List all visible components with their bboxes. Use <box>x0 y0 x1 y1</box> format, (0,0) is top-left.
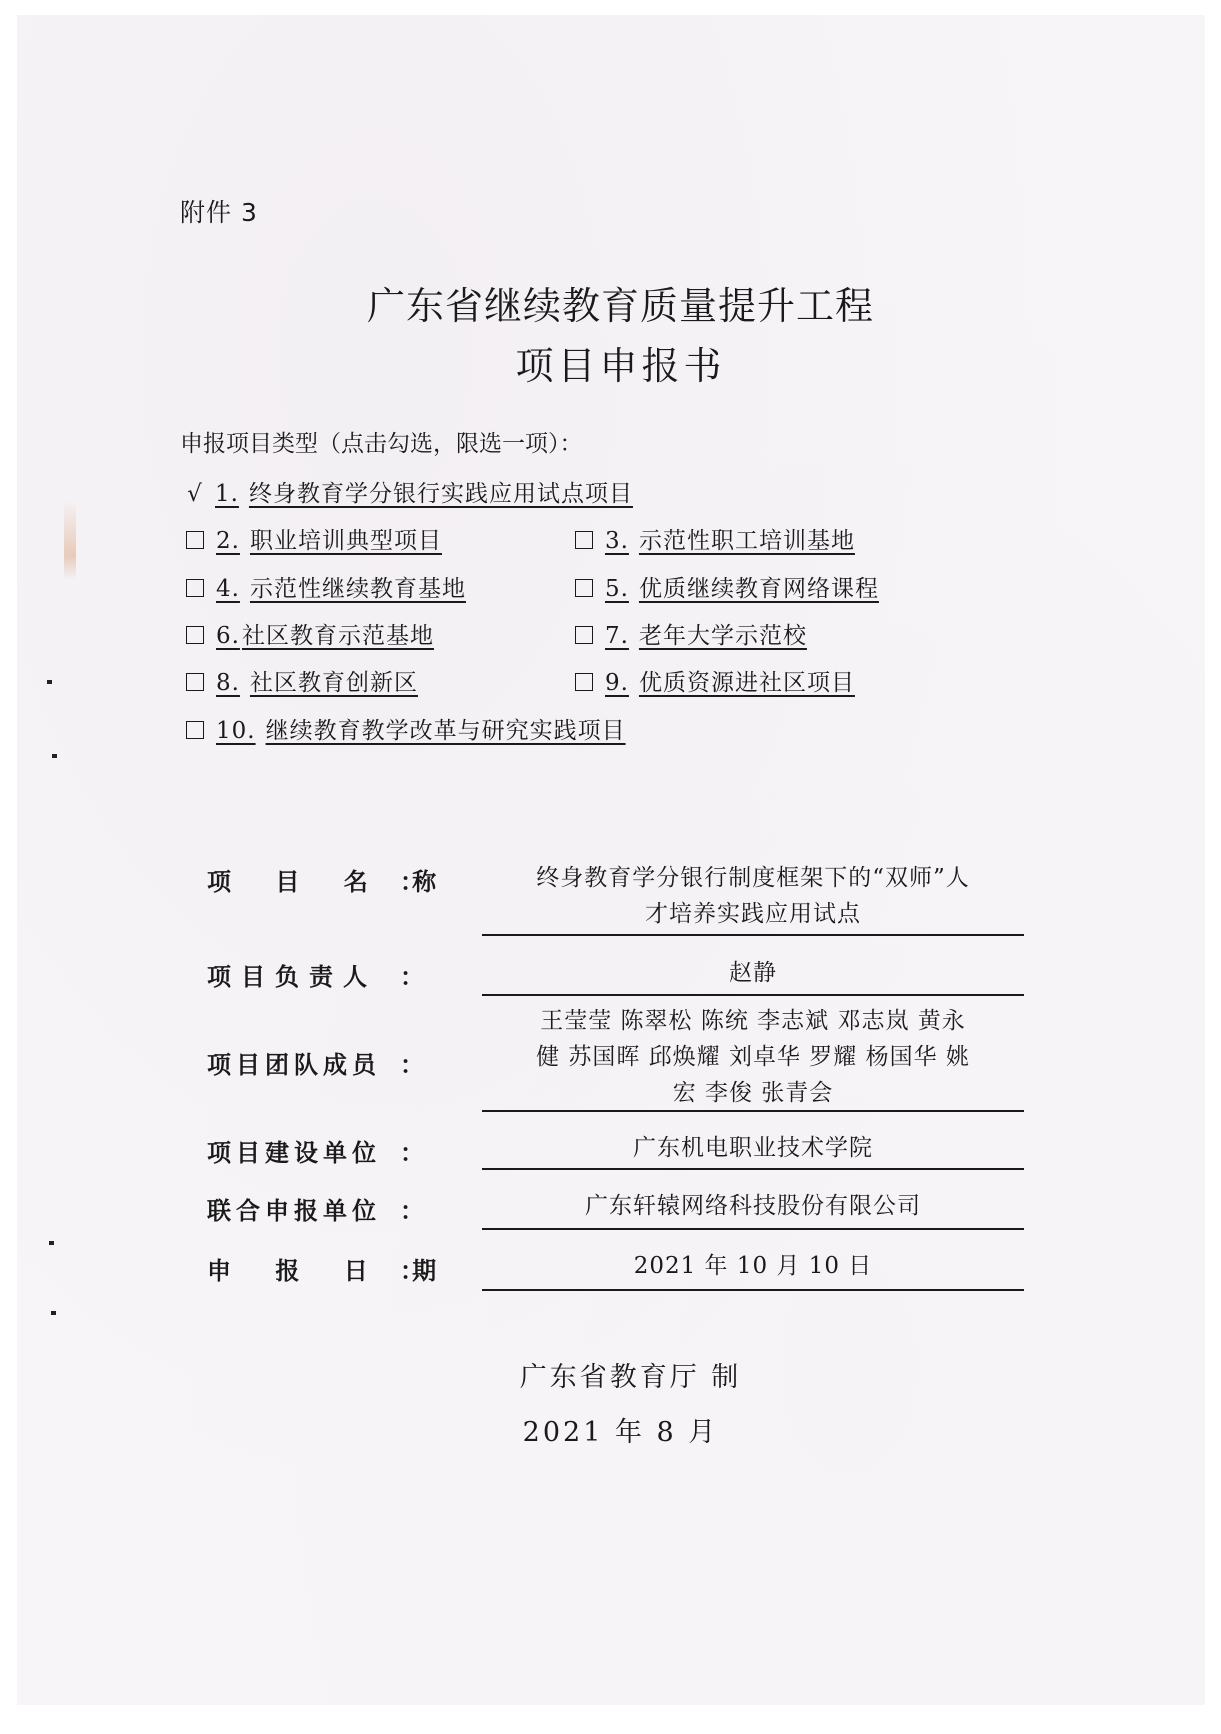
checkbox-empty-icon <box>186 531 204 549</box>
scan-stain <box>64 500 76 580</box>
option-label: 社区教育示范基地 <box>242 623 434 649</box>
checkbox-empty-icon <box>186 673 204 691</box>
project-leader-value: 赵静 <box>482 955 1024 991</box>
scan-speck <box>47 680 52 684</box>
option-label: 终身教育学分银行实践应用试点项目 <box>249 481 633 507</box>
option-label: 职业培训典型项目 <box>250 528 442 554</box>
checkbox-empty-icon <box>186 579 204 597</box>
project-type-option-9[interactable]: 9.优质资源进社区项目 <box>572 664 855 697</box>
option-label: 继续教育教学改革与研究实践项目 <box>266 718 626 744</box>
project-type-option-2[interactable]: 2.职业培训典型项目 <box>183 522 442 555</box>
field-colon: ： <box>400 1191 424 1226</box>
checkbox-empty-icon <box>186 626 204 644</box>
construction-unit-label: 项目建设单位 <box>207 1133 381 1168</box>
project-type-option-5[interactable]: 5.优质继续教育网络课程 <box>572 570 879 603</box>
project-type-heading: 申报项目类型（点击勾选，限选一项）： <box>180 425 583 458</box>
project-type-option-6[interactable]: 6.社区教育示范基地 <box>183 617 434 650</box>
project-type-option-3[interactable]: 3.示范性职工培训基地 <box>572 522 855 555</box>
construction-unit-underline <box>482 1168 1024 1170</box>
field-colon: ： <box>400 1045 424 1080</box>
document-subtitle: 项目申报书 <box>10 335 1221 390</box>
checkbox-empty-icon <box>186 721 204 739</box>
field-colon: ： <box>400 1251 424 1286</box>
joint-unit-value: 广东轩辕网络科技股份有限公司 <box>482 1188 1024 1224</box>
field-colon: ： <box>400 957 424 992</box>
option-label: 老年大学示范校 <box>639 623 807 649</box>
joint-unit-underline <box>482 1228 1024 1230</box>
checkbox-empty-icon <box>575 579 593 597</box>
document-title: 广东省继续教育质量提升工程 <box>10 275 1221 330</box>
checkbox-empty-icon <box>575 626 593 644</box>
option-label: 优质继续教育网络课程 <box>639 576 879 602</box>
issuer: 广东省教育厅 制 <box>20 1355 1221 1394</box>
checkbox-empty-icon <box>575 673 593 691</box>
option-label: 社区教育创新区 <box>250 670 418 696</box>
project-leader-label: 项目负责人 <box>207 957 377 992</box>
option-label: 示范性职工培训基地 <box>639 528 855 554</box>
team-members-value: 王莹莹 陈翠松 陈统 李志斌 邓志岚 黄永 健 苏国晖 邱焕耀 刘卓华 罗耀 杨… <box>482 1003 1024 1111</box>
option-label: 示范性继续教育基地 <box>250 576 466 602</box>
construction-unit-value: 广东机电职业技术学院 <box>482 1130 1024 1166</box>
joint-unit-label: 联合申报单位 <box>207 1191 381 1226</box>
checkbox-empty-icon <box>575 531 593 549</box>
project-type-option-10[interactable]: 10.继续教育教学改革与研究实践项目 <box>183 712 626 745</box>
project-type-option-7[interactable]: 7.老年大学示范校 <box>572 617 807 650</box>
team-members-underline <box>482 1110 1024 1112</box>
project-name-value: 终身教育学分银行制度框架下的“双师”人 才培养实践应用试点 <box>482 860 1024 932</box>
issue-date: 2021 年 8 月 <box>10 1410 1221 1449</box>
option-label: 优质资源进社区项目 <box>639 670 855 696</box>
field-colon: ： <box>400 862 424 897</box>
scan-speck <box>51 1311 56 1315</box>
attachment-label: 附件 3 <box>180 193 258 229</box>
team-members-label: 项目团队成员 <box>207 1045 381 1080</box>
project-type-option-1[interactable]: √1.终身教育学分银行实践应用试点项目 <box>183 475 633 508</box>
project-type-option-4[interactable]: 4.示范性继续教育基地 <box>183 570 466 603</box>
project-leader-underline <box>482 994 1024 996</box>
checkmark-icon: √ <box>183 481 207 507</box>
scan-speck <box>52 754 57 758</box>
application-date-underline <box>482 1289 1024 1291</box>
project-name-underline <box>482 934 1024 936</box>
application-date-value: 2021 年 10 月 10 日 <box>482 1248 1024 1284</box>
scan-speck <box>49 1241 54 1245</box>
project-type-option-8[interactable]: 8.社区教育创新区 <box>183 664 418 697</box>
field-colon: ： <box>400 1133 424 1168</box>
